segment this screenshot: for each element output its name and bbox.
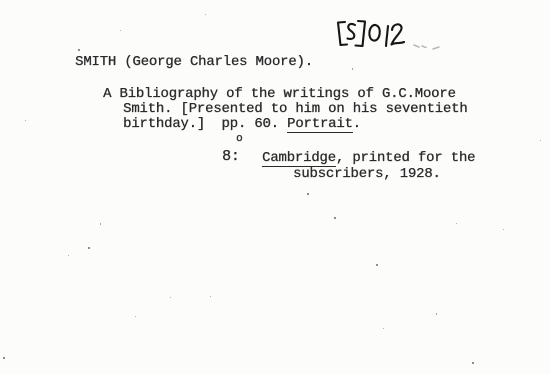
scan-noise-speck (135, 316, 136, 317)
scan-noise-speck (170, 297, 171, 298)
scan-noise-speck (307, 193, 309, 195)
scan-noise-speck (205, 14, 206, 15)
portrait-underlined: Portrait (287, 116, 353, 133)
scan-noise-speck (503, 229, 504, 230)
scan-noise-speck (120, 30, 121, 31)
imprint-rest: , printed for the (336, 150, 475, 166)
scan-noise-speck (540, 140, 541, 141)
handwritten-accession-mark (334, 18, 460, 54)
scan-noise-speck (456, 223, 457, 224)
imprint-place-underlined: Cambridge (262, 150, 336, 167)
title-line-2: Smith. [Presented to him on his seventie… (123, 102, 467, 117)
author-heading: SMITH (George Charles Moore). (75, 55, 313, 70)
catalog-card-scan: SMITH (George Charles Moore). A Bibliogr… (0, 0, 550, 374)
scan-noise-speck (383, 328, 384, 329)
scan-noise-speck (68, 255, 69, 256)
title-line-3-text: birthday.] pp. 60. (123, 116, 287, 132)
format-number-octavo: 8: (222, 149, 240, 164)
scan-noise-speck (3, 357, 5, 359)
scan-noise-speck (100, 223, 101, 225)
scan-noise-speck (352, 68, 353, 70)
scan-noise-speck (472, 362, 474, 364)
octavo-superscript-o: o (236, 134, 242, 145)
title-line-3: birthday.] pp. 60. Portrait. (123, 117, 361, 132)
scan-noise-speck (376, 264, 378, 266)
scan-noise-speck (436, 313, 437, 315)
scan-noise-speck (88, 247, 90, 249)
scan-noise-speck (210, 296, 211, 297)
imprint-line-1: Cambridge, printed for the (262, 151, 475, 166)
title-line-1: A Bibliography of the writings of G.C.Mo… (103, 87, 456, 102)
title-line-3-period: . (353, 116, 361, 132)
scan-noise-speck (25, 120, 26, 121)
scan-noise-speck (78, 49, 80, 51)
scan-noise-speck (334, 217, 336, 219)
imprint-line-2: subscribers, 1928. (293, 167, 441, 182)
